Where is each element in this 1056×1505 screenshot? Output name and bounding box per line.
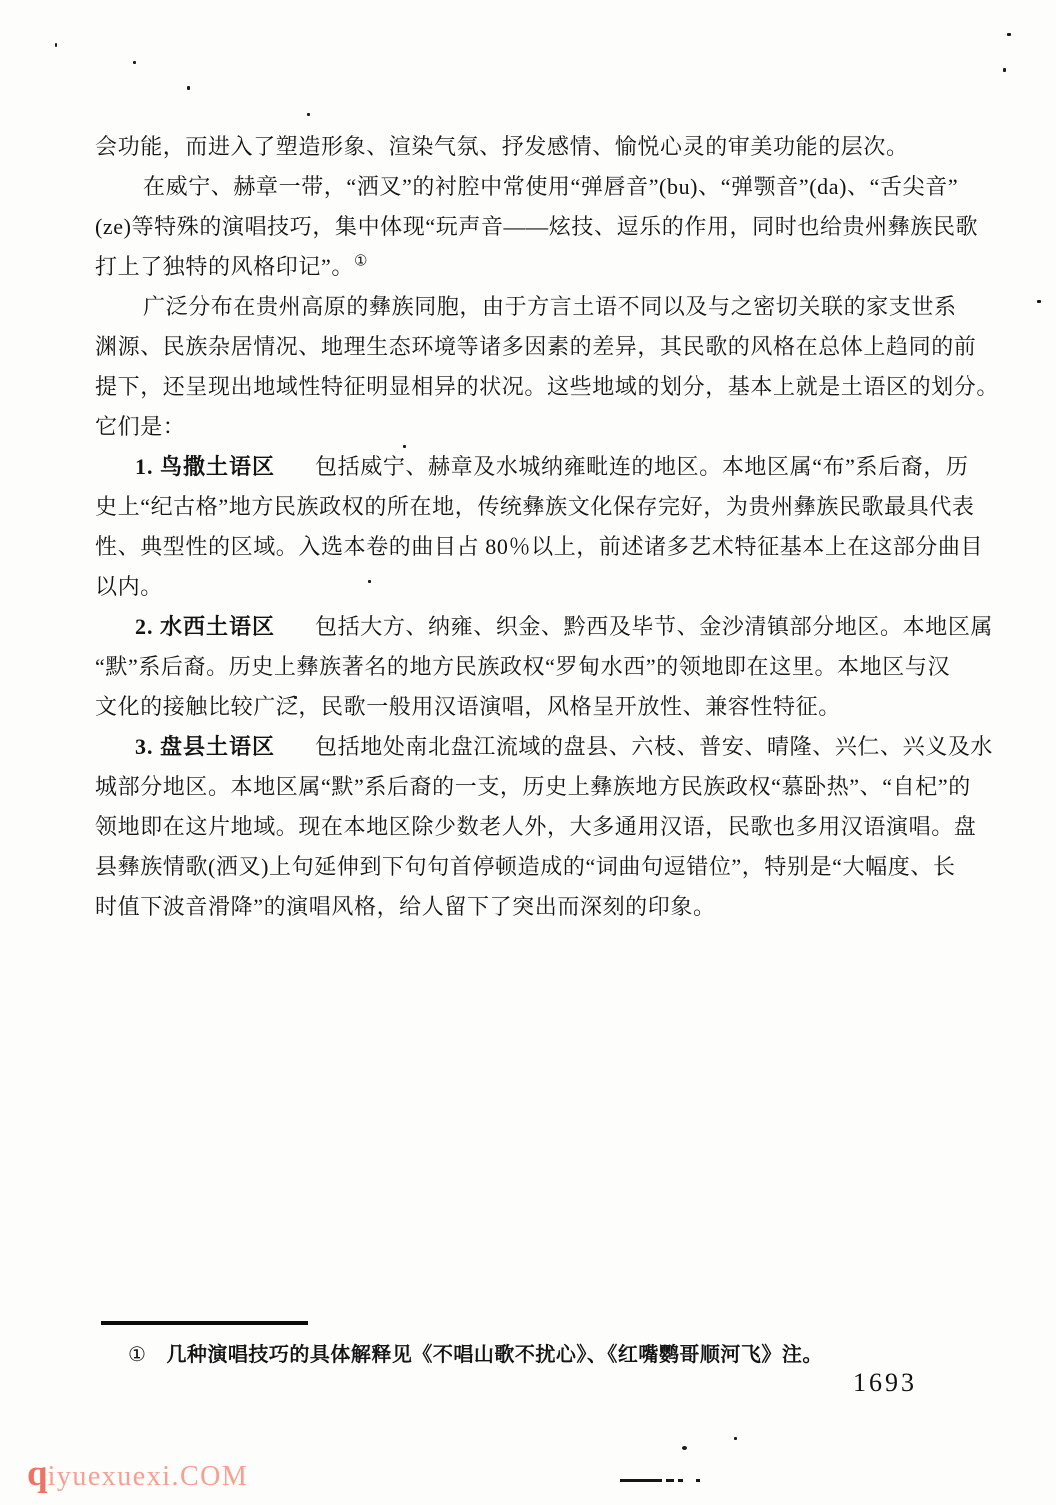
section-2-text: 包括大方、纳雍、织金、黔西及毕节、金沙清镇部分地区。本地区属 [315, 614, 993, 639]
scan-speck [734, 1437, 737, 1440]
scan-speck [1037, 300, 1041, 303]
paragraph-2-line: 在威宁、赫章一带，“洒叉”的衬腔中常使用“弹唇音”(bu)、“弹颚音”(da)、… [95, 167, 947, 207]
section-1-heading: 1. 鸟撒土语区 [135, 454, 275, 479]
paragraph-2-line: 打上了独特的风格印记”。① [95, 247, 947, 287]
footnote-separator-rule [101, 1321, 308, 1325]
paragraph-3-line: 提下，还呈现出地域性特征明显相异的状况。这些地域的划分，基本上就是土语区的划分。 [95, 367, 947, 407]
section-3-heading: 3. 盘县土语区 [135, 734, 275, 759]
scan-dash-artifact [620, 1479, 662, 1482]
section-3-line: 城部分地区。本地区属“默”系后裔的一支，历史上彝族地方民族政权“慕卧热”、“自杞… [95, 767, 947, 807]
scan-speck [133, 61, 136, 64]
footnote-text: 几种演唱技巧的具体解释见《不唱山歌不扰心》、《红嘴鹦哥顺河飞》注。 [166, 1344, 823, 1366]
paragraph-2-text: 打上了独特的风格印记”。 [95, 254, 354, 279]
scan-speck [403, 445, 406, 448]
section-1-line: 以内。 [95, 567, 947, 607]
paragraph-2-line: (ze)等特殊的演唱技巧，集中体现“玩声音——炫技、逗乐的作用，同时也给贵州彝族… [95, 207, 947, 247]
scan-dash-artifact [696, 1479, 700, 1482]
scan-speck [55, 43, 57, 47]
scan-speck [1007, 33, 1011, 36]
watermark-lead-letter: q [27, 1453, 48, 1494]
footnote-marker: ① [128, 1344, 146, 1366]
scan-speck [307, 113, 310, 116]
scan-speck [640, 830, 643, 833]
footnote-reference-mark: ① [354, 254, 368, 270]
section-3-text: 包括地处南北盘江流域的盘县、六枝、普安、晴隆、兴仁、兴义及水 [315, 734, 993, 759]
section-3-line: 时值下波音滑降”的演唱风格，给人留下了突出而深刻的印象。 [95, 887, 947, 927]
watermark: qiyuexuexi.COM [27, 1452, 248, 1495]
paragraph-3-line: 渊源、民族杂居情况、地理生态环境等诸多因素的差异，其民歌的风格在总体上趋同的前 [95, 327, 947, 367]
section-2-heading: 2. 水西土语区 [135, 614, 275, 639]
scan-dash-artifact [666, 1479, 674, 1482]
scan-dash-artifact [678, 1479, 683, 1482]
section-2-first-line: 2. 水西土语区包括大方、纳雍、织金、黔西及毕节、金沙清镇部分地区。本地区属 [95, 607, 947, 647]
page-number: 1693 [853, 1368, 917, 1398]
paragraph-3-line: 广泛分布在贵州高原的彝族同胞，由于方言土语不同以及与之密切关联的家支世系 [95, 287, 947, 327]
scan-speck [294, 696, 297, 699]
watermark-text: iyuexuexi.COM [48, 1461, 249, 1492]
section-3-line: 县彝族情歌(洒叉)上句延伸到下句句首停顿造成的“词曲句逗错位”，特别是“大幅度、… [95, 847, 947, 887]
scan-speck [682, 1446, 687, 1450]
paragraph-3-line: 它们是： [95, 407, 947, 447]
section-1-line: 性、典型性的区域。入选本卷的曲目占 80％以上，前述诸多艺术特征基本上在这部分曲… [95, 527, 947, 567]
section-2-line: “默”系后裔。历史上彝族著名的地方民族政权“罗甸水西”的领地即在这里。本地区与汉 [95, 647, 947, 687]
footnote: ①几种演唱技巧的具体解释见《不唱山歌不扰心》、《红嘴鹦哥顺河飞》注。 [128, 1338, 823, 1367]
scan-speck [1003, 68, 1006, 72]
section-1-text: 包括威宁、赫章及水城纳雍毗连的地区。本地区属“布”系后裔，历 [315, 454, 969, 479]
section-3-first-line: 3. 盘县土语区包括地处南北盘江流域的盘县、六枝、普安、晴隆、兴仁、兴义及水 [95, 727, 947, 767]
scan-speck [187, 86, 190, 90]
section-3-line: 领地即在这片地域。现在本地区除少数老人外，大多通用汉语，民歌也多用汉语演唱。盘 [95, 807, 947, 847]
section-1-first-line: 1. 鸟撒土语区包括威宁、赫章及水城纳雍毗连的地区。本地区属“布”系后裔，历 [95, 447, 947, 487]
section-1-line: 史上“纪古格”地方民族政权的所在地，传统彝族文化保存完好，为贵州彝族民歌最具代表 [95, 487, 947, 527]
scanned-book-page: 会功能，而进入了塑造形象、渲染气氛、抒发感情、愉悦心灵的审美功能的层次。 在威宁… [0, 0, 1056, 1505]
section-2-line: 文化的接触比较广泛，民歌一般用汉语演唱，风格呈开放性、兼容性特征。 [95, 687, 947, 727]
main-text-block: 会功能，而进入了塑造形象、渲染气氛、抒发感情、愉悦心灵的审美功能的层次。 在威宁… [95, 127, 947, 927]
scan-speck [368, 580, 371, 583]
paragraph-1-line: 会功能，而进入了塑造形象、渲染气氛、抒发感情、愉悦心灵的审美功能的层次。 [95, 127, 947, 167]
